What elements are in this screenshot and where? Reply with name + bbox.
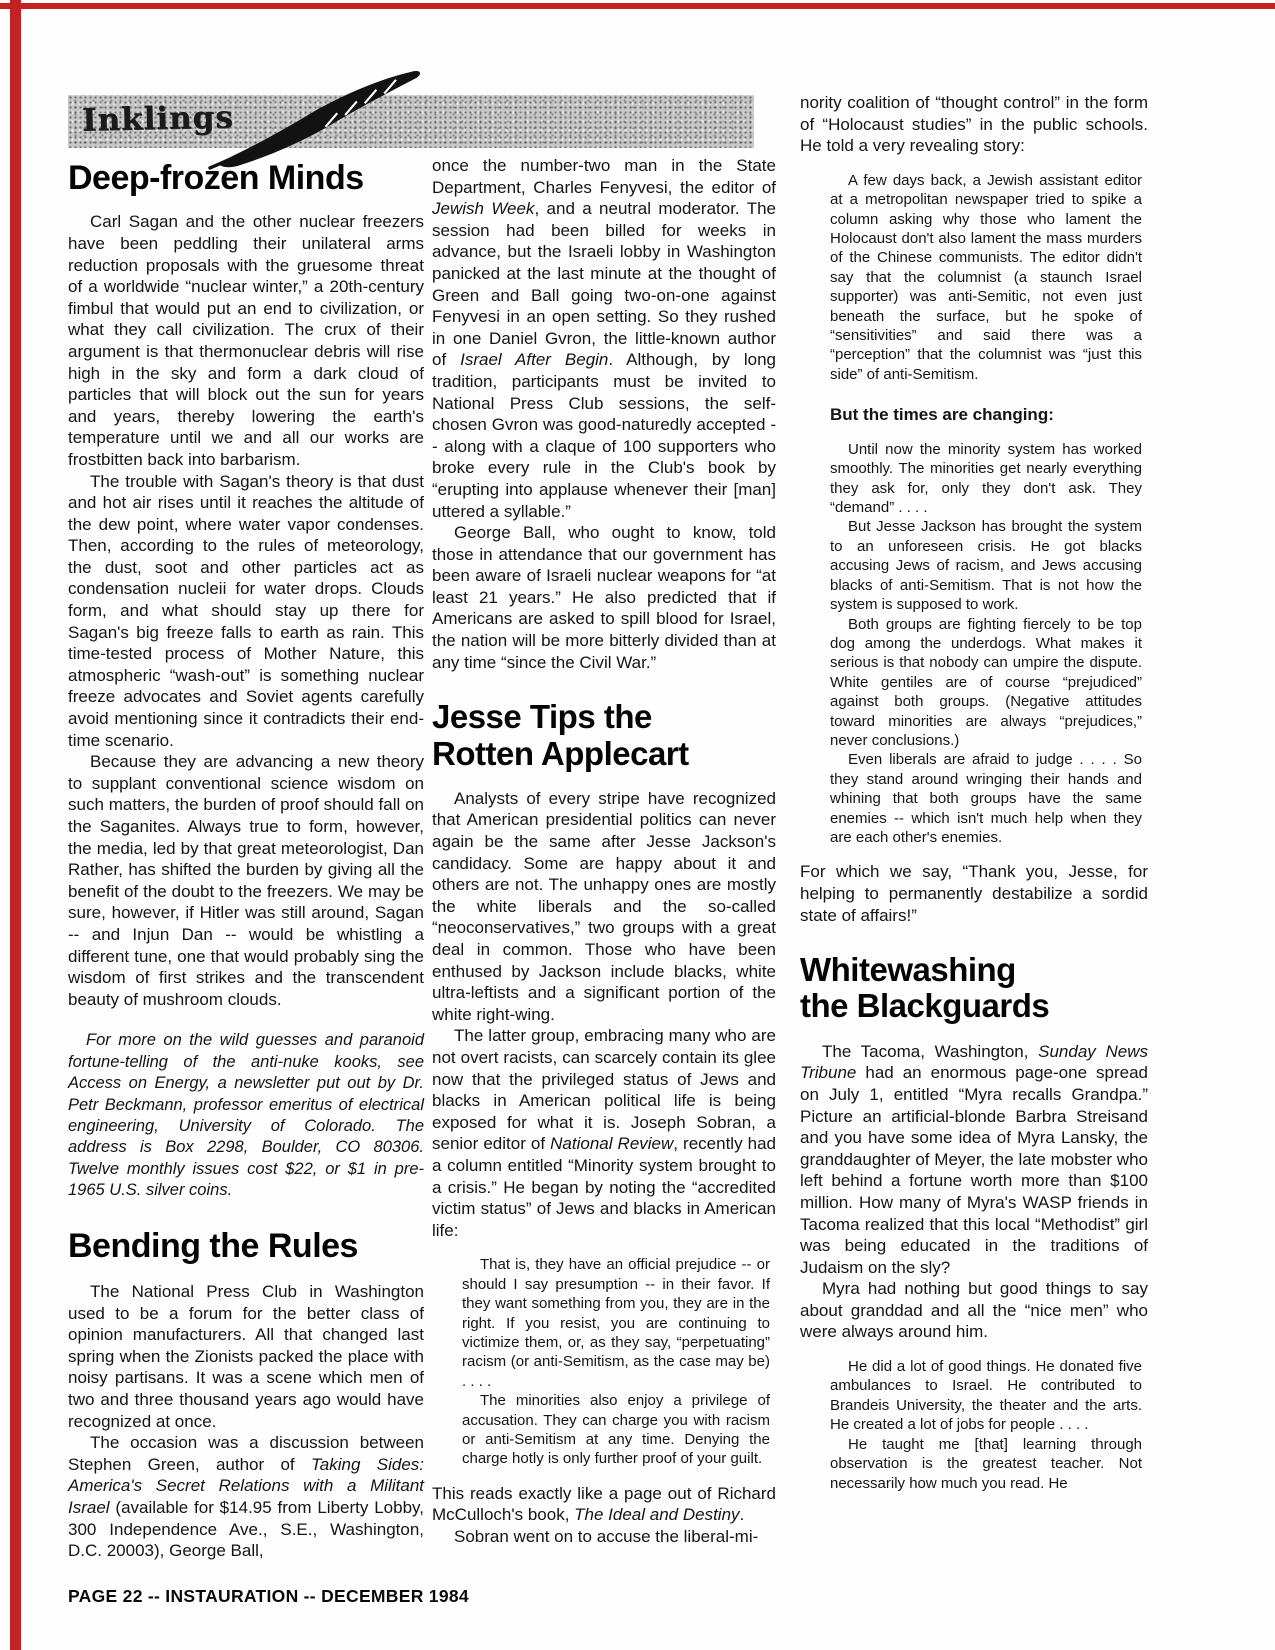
blockquote: He did a lot of good things. He donated … bbox=[830, 1357, 1142, 1435]
blockquote: A few days back, a Jewish assistant edit… bbox=[830, 171, 1142, 384]
heading-line: Rotten Applecart bbox=[432, 735, 689, 772]
paragraph: once the number-two man in the State Dep… bbox=[432, 155, 776, 522]
magazine-page: Inklings Deep-frozen Minds Carl Sagan an… bbox=[0, 0, 1275, 1650]
paragraph: For which we say, “Thank you, Jesse, for… bbox=[800, 861, 1148, 926]
column-1: Deep-frozen Minds Carl Sagan and the oth… bbox=[68, 160, 424, 1562]
blockquote: Even liberals are afraid to judge . . . … bbox=[830, 750, 1142, 847]
paragraph-text: (available for $14.95 from Liberty Lobby… bbox=[68, 1498, 424, 1560]
paragraph-text: once the number-two man in the State Dep… bbox=[432, 156, 776, 197]
paragraph: nority coalition of “thought control” in… bbox=[800, 92, 1148, 157]
quill-feather-icon bbox=[208, 69, 443, 171]
blockquote: Until now the minority system has worked… bbox=[830, 440, 1142, 518]
column-3: nority coalition of “thought control” in… bbox=[800, 92, 1148, 1493]
paragraph: The latter group, embracing many who are… bbox=[432, 1025, 776, 1241]
heading-line: the Blackguards bbox=[800, 987, 1049, 1024]
article-title-bending-the-rules: Bending the Rules bbox=[68, 1228, 424, 1265]
paragraph: The National Press Club in Washington us… bbox=[68, 1281, 424, 1432]
paragraph: This reads exactly like a page out of Ri… bbox=[432, 1483, 776, 1526]
paragraph: The trouble with Sagan's theory is that … bbox=[68, 471, 424, 752]
subheading-times-are-changing: But the times are changing: bbox=[830, 404, 1148, 426]
inklings-banner: Inklings bbox=[68, 95, 754, 148]
column-2: once the number-two man in the State Dep… bbox=[432, 155, 776, 1548]
page-edge-line-left bbox=[10, 0, 21, 1650]
blockquote: But Jesse Jackson has brought the system… bbox=[830, 517, 1142, 614]
paragraph: Analysts of every stripe have recognized… bbox=[432, 788, 776, 1026]
paragraph-text: . Although, by long tradition, participa… bbox=[432, 350, 776, 520]
blockquote: The minorities also enjoy a privilege of… bbox=[462, 1391, 770, 1469]
article-title-whitewashing-the-blackguards: Whitewashingthe Blackguards bbox=[800, 952, 1148, 1025]
book-title: The Ideal and Destiny bbox=[574, 1505, 739, 1524]
paragraph: Carl Sagan and the other nuclear freezer… bbox=[68, 211, 424, 470]
paragraph-text: . bbox=[740, 1505, 745, 1524]
article-title-jesse-tips-the-rotten-applecart: Jesse Tips theRotten Applecart bbox=[432, 699, 776, 772]
paragraph: The occasion was a discussion between St… bbox=[68, 1432, 424, 1562]
paragraph: Myra had nothing but good things to say … bbox=[800, 1278, 1148, 1343]
article-title-deep-frozen-minds: Deep-frozen Minds bbox=[68, 160, 424, 197]
paragraph: George Ball, who ought to know, told tho… bbox=[432, 522, 776, 673]
editorial-note: For more on the wild guesses and paranoi… bbox=[68, 1030, 424, 1201]
blockquote: That is, they have an official prejudice… bbox=[462, 1255, 770, 1391]
heading-line: Whitewashing bbox=[800, 951, 1016, 988]
publication-title: Jewish Week bbox=[432, 199, 534, 218]
book-title: Israel After Begin bbox=[460, 350, 608, 369]
paragraph-text: The Tacoma, Washington, bbox=[822, 1042, 1038, 1061]
page-edge-line-top bbox=[0, 3, 1275, 9]
blockquote: He taught me [that] learning through obs… bbox=[830, 1435, 1142, 1493]
paragraph: Sobran went on to accuse the liberal-mi- bbox=[432, 1526, 776, 1548]
paragraph-text: had an enormous page-one spread on July … bbox=[800, 1063, 1148, 1276]
paragraph-text: , and a neutral moderator. The session h… bbox=[432, 199, 776, 369]
paragraph: Because they are advancing a new theory … bbox=[68, 751, 424, 1010]
heading-line: Jesse Tips the bbox=[432, 698, 652, 735]
paragraph: The Tacoma, Washington, Sunday News Trib… bbox=[800, 1041, 1148, 1279]
publication-title: National Review bbox=[550, 1134, 673, 1153]
page-footer: PAGE 22 -- INSTAURATION -- DECEMBER 1984 bbox=[68, 1586, 469, 1607]
blockquote: Both groups are fighting fiercely to be … bbox=[830, 615, 1142, 751]
